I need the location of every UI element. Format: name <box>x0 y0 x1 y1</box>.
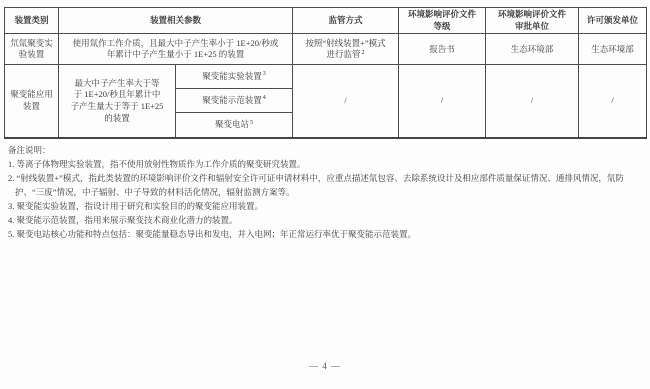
cell-eia-approver: / <box>486 65 579 138</box>
cell-eia-level: / <box>399 65 486 138</box>
subtype-label: 聚变能示范装置 <box>202 95 262 105</box>
cell-subtype-demonstration: 聚变能示范装置4 <box>176 89 293 113</box>
supervision-text: 按照“射线装置+”模式 进行监管 <box>305 38 385 60</box>
header-supervision-mode: 监管方式 <box>293 8 399 34</box>
cell-parameters: 最大中子产生率大于等 于 1E+20/秒且年累计中 子产生量大于等于 1E+25… <box>59 65 176 138</box>
cell-subtype-power-station: 聚变电站5 <box>176 113 293 138</box>
header-eia-approval-authority: 环境影响评价文件 审批单位 <box>486 8 579 34</box>
subtype-footnote-ref: 3 <box>263 71 266 77</box>
note-item-1: 1. 等离子体物理实验装置，指不使用放射性物质作为工作介质的聚变研究装置。 <box>8 157 644 171</box>
cell-subtype-experimental: 聚变能实验装置3 <box>176 65 293 89</box>
supervision-footnote-ref: 2 <box>362 50 365 56</box>
notes-title: 备注说明： <box>8 143 644 157</box>
note-item-4: 4. 聚变能示范装置，指用来展示聚变技术商业化潜力的装置。 <box>8 213 644 227</box>
cell-category: 氘氚聚变实 验装置 <box>5 34 59 65</box>
header-license-issuer: 许可颁发单位 <box>579 8 647 34</box>
cell-parameters: 使用氚作工作介质，且最大中子产生率小于 1E+20/秒或 年累计中子产生量小于 … <box>59 34 293 65</box>
cell-supervision-mode: / <box>293 65 399 138</box>
cell-category: 聚变能应用 装置 <box>5 65 59 138</box>
note-item-5: 5. 聚变电站核心功能和特点包括：聚变能量稳态导出和发电，并入电网；年正常运行率… <box>8 227 644 241</box>
row-dt-fusion-experimental: 氘氚聚变实 验装置 使用氚作工作介质，且最大中子产生率小于 1E+20/秒或 年… <box>5 34 647 65</box>
cell-supervision-mode: 按照“射线装置+”模式 进行监管2 <box>293 34 399 65</box>
header-device-parameters: 装置相关参数 <box>59 8 293 34</box>
subtype-footnote-ref: 5 <box>250 120 253 126</box>
subtype-label: 聚变能实验装置 <box>202 71 262 81</box>
cell-license-issuer: 生态环境部 <box>579 34 647 65</box>
subtype-footnote-ref: 4 <box>263 95 266 101</box>
cell-license-issuer: / <box>579 65 647 138</box>
document-page: 装置类别 装置相关参数 监管方式 环境影响评价文件 等级 环境影响评价文件 审批… <box>0 0 650 389</box>
cell-eia-approver: 生态环境部 <box>486 34 579 65</box>
fusion-device-classification-table: 装置类别 装置相关参数 监管方式 环境影响评价文件 等级 环境影响评价文件 审批… <box>4 7 647 139</box>
notes-section: 备注说明： 1. 等离子体物理实验装置，指不使用放射性物质作为工作介质的聚变研究… <box>8 143 644 241</box>
subtype-label: 聚变电站 <box>215 119 249 129</box>
note-item-3: 3. 聚变能实验装置，指设计用于研究和实验目的的聚变能应用装置。 <box>8 199 644 213</box>
page-number: — 4 — <box>0 361 650 371</box>
row-fusion-energy-application: 聚变能应用 装置 最大中子产生率大于等 于 1E+20/秒且年累计中 子产生量大… <box>5 65 647 89</box>
header-eia-document-level: 环境影响评价文件 等级 <box>399 8 486 34</box>
parameters-text: 最大中子产生率大于等 于 1E+20/秒且年累计中 子产生量大于等于 1E+25… <box>71 78 164 123</box>
parameters-text: 使用氚作工作介质，且最大中子产生率小于 1E+20/秒或 年累计中子产生量小于 … <box>73 38 279 60</box>
note-item-2: 2. “射线装置+”模式，指此类装置的环境影响评价文件和辐射安全许可证申请材料中… <box>8 171 644 199</box>
header-row: 装置类别 装置相关参数 监管方式 环境影响评价文件 等级 环境影响评价文件 审批… <box>5 8 647 34</box>
header-device-category: 装置类别 <box>5 8 59 34</box>
cell-eia-level: 报告书 <box>399 34 486 65</box>
